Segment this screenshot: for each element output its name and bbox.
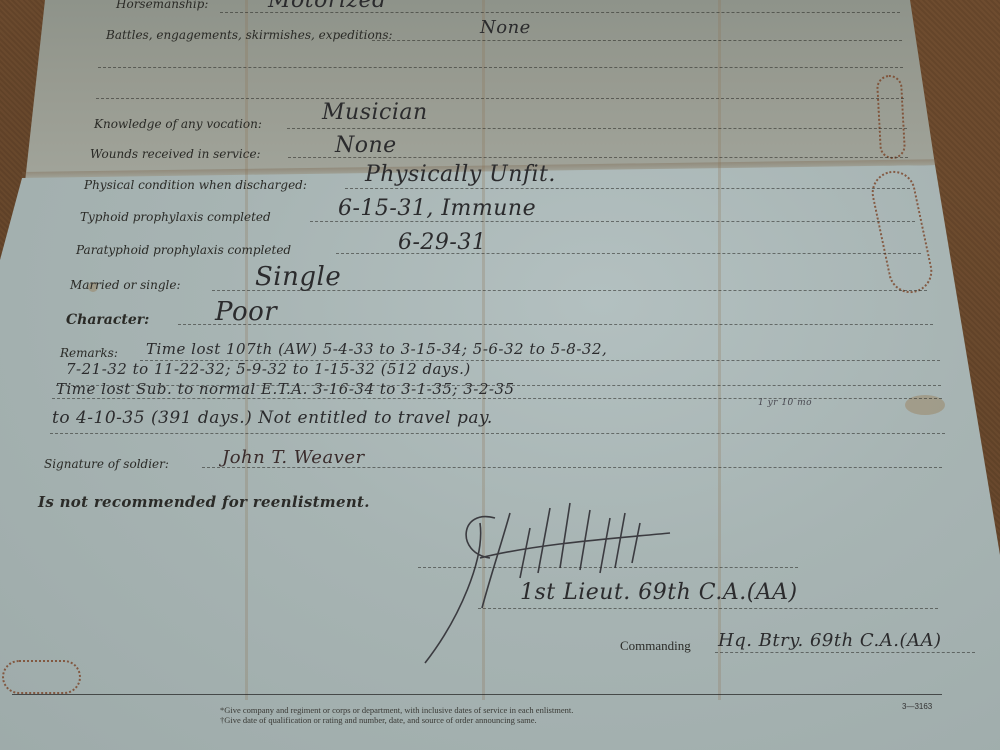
field-value-marital-status: Single <box>255 262 341 292</box>
field-paratyphoid: Paratyphoid prophylaxis completed <box>76 243 291 257</box>
field-value-character: Poor <box>215 297 277 327</box>
field-line <box>50 433 945 434</box>
field-label: Married or single: <box>70 278 181 292</box>
field-line <box>372 40 902 41</box>
field-line <box>178 324 933 325</box>
soldier-signature: John T. Weaver <box>222 447 365 468</box>
field-line <box>96 98 904 99</box>
field-line <box>287 128 907 129</box>
field-line <box>478 608 938 609</box>
field-typhoid: Typhoid prophylaxis completed <box>80 210 271 224</box>
form-number: 3—3163 <box>902 702 932 711</box>
field-label: Physical condition when discharged: <box>84 178 307 192</box>
remarks-line-1: Time lost 107th (AW) 5-4-33 to 3-15-34; … <box>146 340 607 358</box>
field-value-wounds: None <box>335 133 397 158</box>
field-wounds: Wounds received in service: <box>90 147 261 161</box>
field-line <box>418 567 798 568</box>
field-label: Battles, engagements, skirmishes, expedi… <box>106 28 393 42</box>
field-label: Typhoid prophylaxis completed <box>80 210 271 224</box>
field-horsemanship: Horsemanship: <box>116 0 208 11</box>
field-line <box>98 67 903 68</box>
field-label: Paratyphoid prophylaxis completed <box>76 243 291 257</box>
commanding-label: Commanding <box>620 638 691 654</box>
remarks-line-4: to 4-10-35 (391 days.) Not entitled to t… <box>52 408 493 428</box>
rust-staple-mark-top <box>876 74 906 159</box>
field-value-paratyphoid: 6-29-31 <box>398 230 486 255</box>
field-value-battles: None <box>480 17 531 38</box>
field-label: Remarks: <box>60 346 118 360</box>
field-value-typhoid: 6-15-31, Immune <box>338 196 536 221</box>
footnote-1: *Give company and regiment or corps or d… <box>220 705 573 715</box>
field-label: Horsemanship: <box>116 0 208 11</box>
field-label: Signature of soldier: <box>44 457 169 471</box>
field-vocation: Knowledge of any vocation: <box>94 117 262 131</box>
field-line <box>310 221 915 222</box>
field-soldier-signature: Signature of soldier: <box>44 457 169 471</box>
field-character: Character: <box>66 312 149 328</box>
field-line <box>715 652 975 653</box>
remarks-line-2: 7-21-32 to 11-22-32; 5-9-32 to 1-15-32 (… <box>66 360 471 378</box>
field-label: Wounds received in service: <box>90 147 261 161</box>
field-value-vocation: Musician <box>322 100 428 125</box>
field-label: Knowledge of any vocation: <box>94 117 262 131</box>
field-battles: Battles, engagements, skirmishes, expedi… <box>106 28 393 42</box>
field-label: Character: <box>66 312 149 328</box>
remarks-pencil-note: 1 yr 10 mo <box>758 398 812 408</box>
rust-staple-mark-left <box>2 660 81 694</box>
footer-rule <box>12 694 942 695</box>
field-remarks: Remarks: <box>60 346 118 360</box>
field-marital-status: Married or single: <box>70 278 181 292</box>
field-value-physical-condition: Physically Unfit. <box>365 162 556 187</box>
field-value-horsemanship: Motorized <box>268 0 387 13</box>
officer-title: 1st Lieut. 69th C.A.(AA) <box>520 580 798 605</box>
remarks-line-3: Time lost Sub. to normal E.T.A. 3-16-34 … <box>56 380 515 398</box>
footnote-2: †Give date of qualification or rating an… <box>220 715 537 725</box>
field-physical-condition: Physical condition when discharged: <box>84 178 307 192</box>
reenlistment-statement: Is not recommended for reenlistment. <box>38 493 370 511</box>
commanding-unit: Hq. Btry. 69th C.A.(AA) <box>718 630 942 651</box>
field-line <box>345 188 910 189</box>
